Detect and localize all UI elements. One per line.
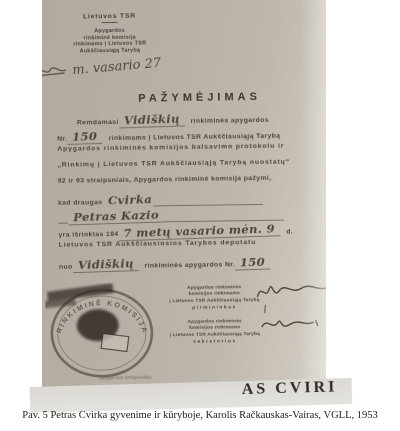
handwritten-district: Vidiškių — [118, 111, 184, 128]
blank-rule — [58, 213, 68, 224]
handwritten-date: m. vasario 27 — [72, 55, 162, 77]
signatures — [251, 274, 326, 345]
blank-rule — [164, 210, 284, 223]
body-line-10: nuo Vidiškių rinkiminės apygardos Nr. 15… — [59, 254, 315, 274]
printed-text: rinkimams į Lietuvos TSR Aukščiausiąją T… — [109, 133, 281, 142]
printed-text: Nr. — [57, 136, 67, 143]
handwritten-district: Vidiškių — [72, 256, 138, 273]
round-seal-stamp: RINKIMINĖ KOMISIJA — [45, 282, 158, 384]
printed-text: kad draugas — [58, 199, 103, 207]
certificate-title: PAŽYMĖJIMAS — [42, 90, 325, 106]
printed-text: yra išrinktas 194 — [58, 231, 118, 239]
pen-scrawl-icon — [42, 62, 69, 80]
printed-text: nuo — [59, 264, 73, 271]
document-photo: Lietuvos TSR Apygardos rinkiminė komisij… — [42, 0, 326, 396]
printed-text: d. — [286, 228, 293, 235]
figure-caption: Pav. 5 Petras Cvirka gyvenime ir kūryboj… — [0, 410, 400, 421]
certificate-body: Remdamasi Vidiškių rinkiminės apygardos … — [57, 110, 315, 274]
stamp-overprint-smudge — [47, 283, 114, 302]
stamp-inner-box — [101, 333, 129, 351]
printed-text: rinkiminės apygardos Nr. — [144, 261, 235, 269]
handwritten-surname: Cvirka — [108, 192, 153, 207]
printed-text: Remdamasi — [77, 119, 119, 127]
certificate: Lietuvos TSR Apygardos rinkiminė komisij… — [42, 0, 326, 396]
handwritten-district-number: 150 — [235, 254, 271, 270]
letterhead-line: Lietuvos TSR — [42, 12, 193, 21]
partial-next-page-text: AS CVIRI — [242, 378, 338, 394]
letterhead-divider — [102, 22, 118, 23]
secretary-signature — [262, 320, 318, 327]
book-page: Lietuvos TSR Apygardos rinkiminė komisij… — [0, 0, 400, 431]
letterhead: Lietuvos TSR Apygardos rinkiminė komisij… — [42, 12, 194, 56]
signature-flourish — [265, 305, 266, 313]
handwritten-district-number: 150 — [67, 129, 103, 145]
handwritten-date-line: m. vasario 27 — [42, 52, 218, 80]
chairman-signature — [257, 286, 326, 297]
handwritten-given-name: Petras Kazio — [68, 207, 164, 225]
printed-text: rinkiminės apygardos — [191, 117, 269, 125]
blank-rule — [153, 194, 263, 207]
